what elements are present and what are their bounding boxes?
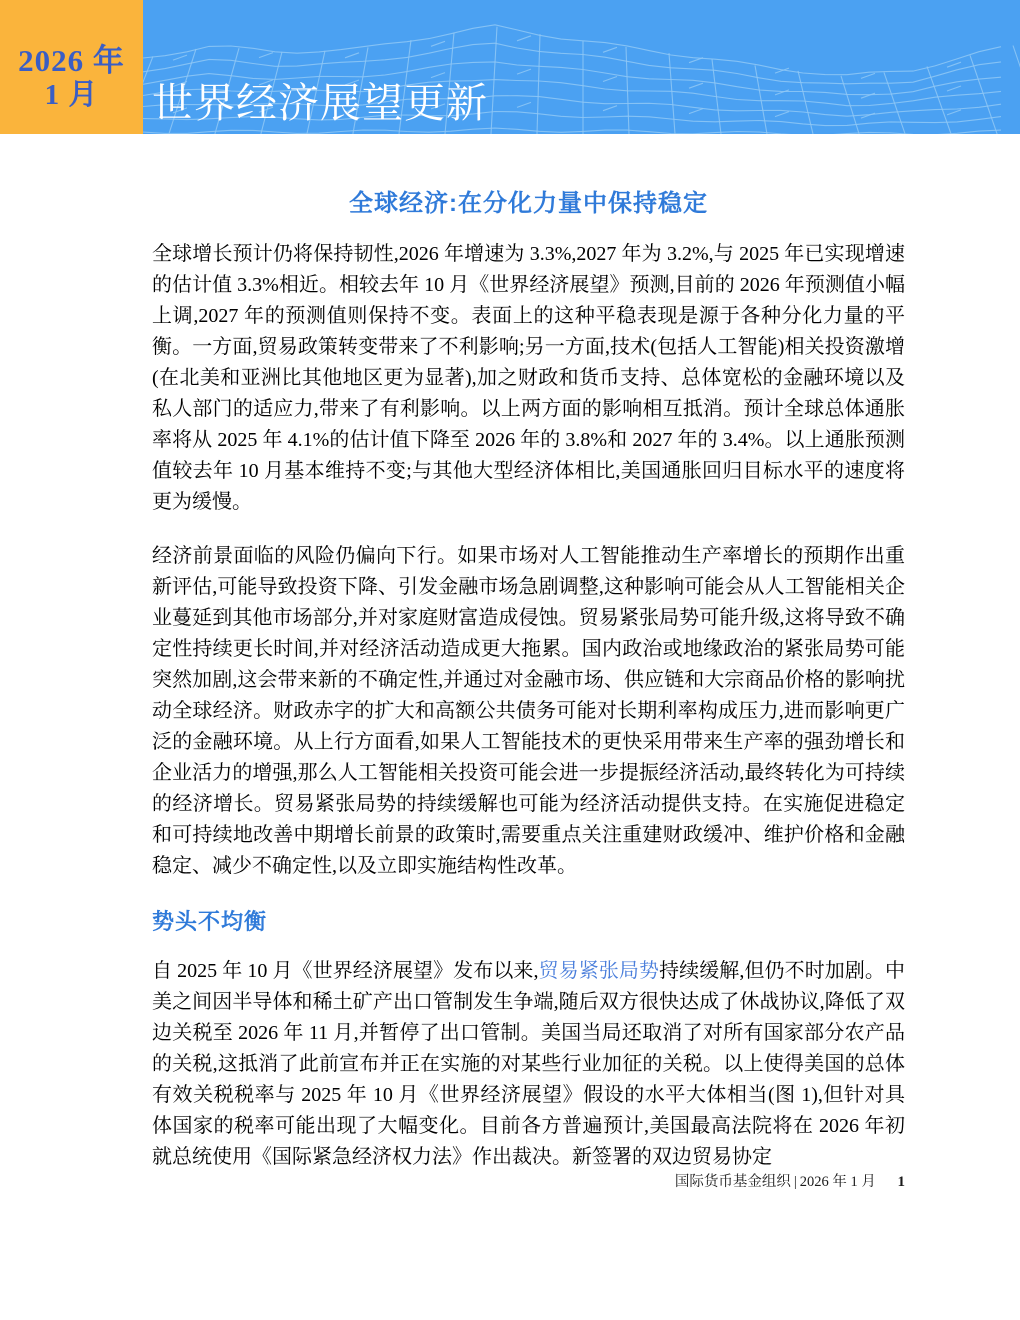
paragraph: 经济前景面临的风险仍偏向下行。如果市场对人工智能推动生产率增长的预期作出重新评估… — [152, 541, 905, 882]
paragraph-text: 持续缓解,但仍不时加剧。中美之间因半导体和稀土矿产出口管制发生争端,随后双方很快… — [152, 960, 905, 1168]
paragraph-text: 经济前景面临的风险仍偏向下行。如果市场对人工智能推动生产率增长的预期作出重新评估… — [152, 545, 905, 877]
intro-paragraphs: 全球增长预计仍将保持韧性,2026 年增速为 3.3%,2027 年为 3.2%… — [152, 239, 905, 882]
footer-org: 国际货币基金组织 — [675, 1174, 791, 1190]
paragraph: 自 2025 年 10 月《世界经济展望》发布以来,贸易紧张局势持续缓解,但仍不… — [152, 956, 905, 1173]
section-paragraphs: 自 2025 年 10 月《世界经济展望》发布以来,贸易紧张局势持续缓解,但仍不… — [152, 956, 905, 1173]
section-heading: 势头不均衡 — [152, 905, 905, 936]
issue-month: 1 月 — [45, 78, 99, 113]
paragraph: 全球增长预计仍将保持韧性,2026 年增速为 3.3%,2027 年为 3.2%… — [152, 239, 905, 518]
page-number: 1 — [898, 1174, 906, 1190]
document-page: 2026 年 1 月 世界经济展望更新 全球经济:在分化力量中保持稳定 全球增长… — [0, 0, 1020, 1320]
trade-tensions-link[interactable]: 贸易紧张局势 — [539, 960, 660, 982]
issue-date-box: 2026 年 1 月 — [0, 0, 143, 134]
article-title: 全球经济:在分化力量中保持稳定 — [152, 183, 905, 218]
header-banner: 2026 年 1 月 世界经济展望更新 — [0, 0, 1020, 134]
issue-year: 2026 年 — [18, 43, 125, 78]
paragraph-text: 自 2025 年 10 月《世界经济展望》发布以来, — [152, 960, 539, 982]
report-title: 世界经济展望更新 — [152, 70, 488, 129]
article-body: 全球经济:在分化力量中保持稳定 全球增长预计仍将保持韧性,2026 年增速为 3… — [152, 134, 905, 1196]
page-footer: 国际货币基金组织|2026 年 1 月 1 — [675, 1170, 905, 1191]
footer-date: 2026 年 1 月 — [800, 1174, 876, 1190]
footer-separator: | — [791, 1174, 800, 1190]
paragraph-text: 全球增长预计仍将保持韧性,2026 年增速为 3.3%,2027 年为 3.2%… — [152, 243, 905, 513]
banner-background: 世界经济展望更新 — [143, 0, 1020, 134]
